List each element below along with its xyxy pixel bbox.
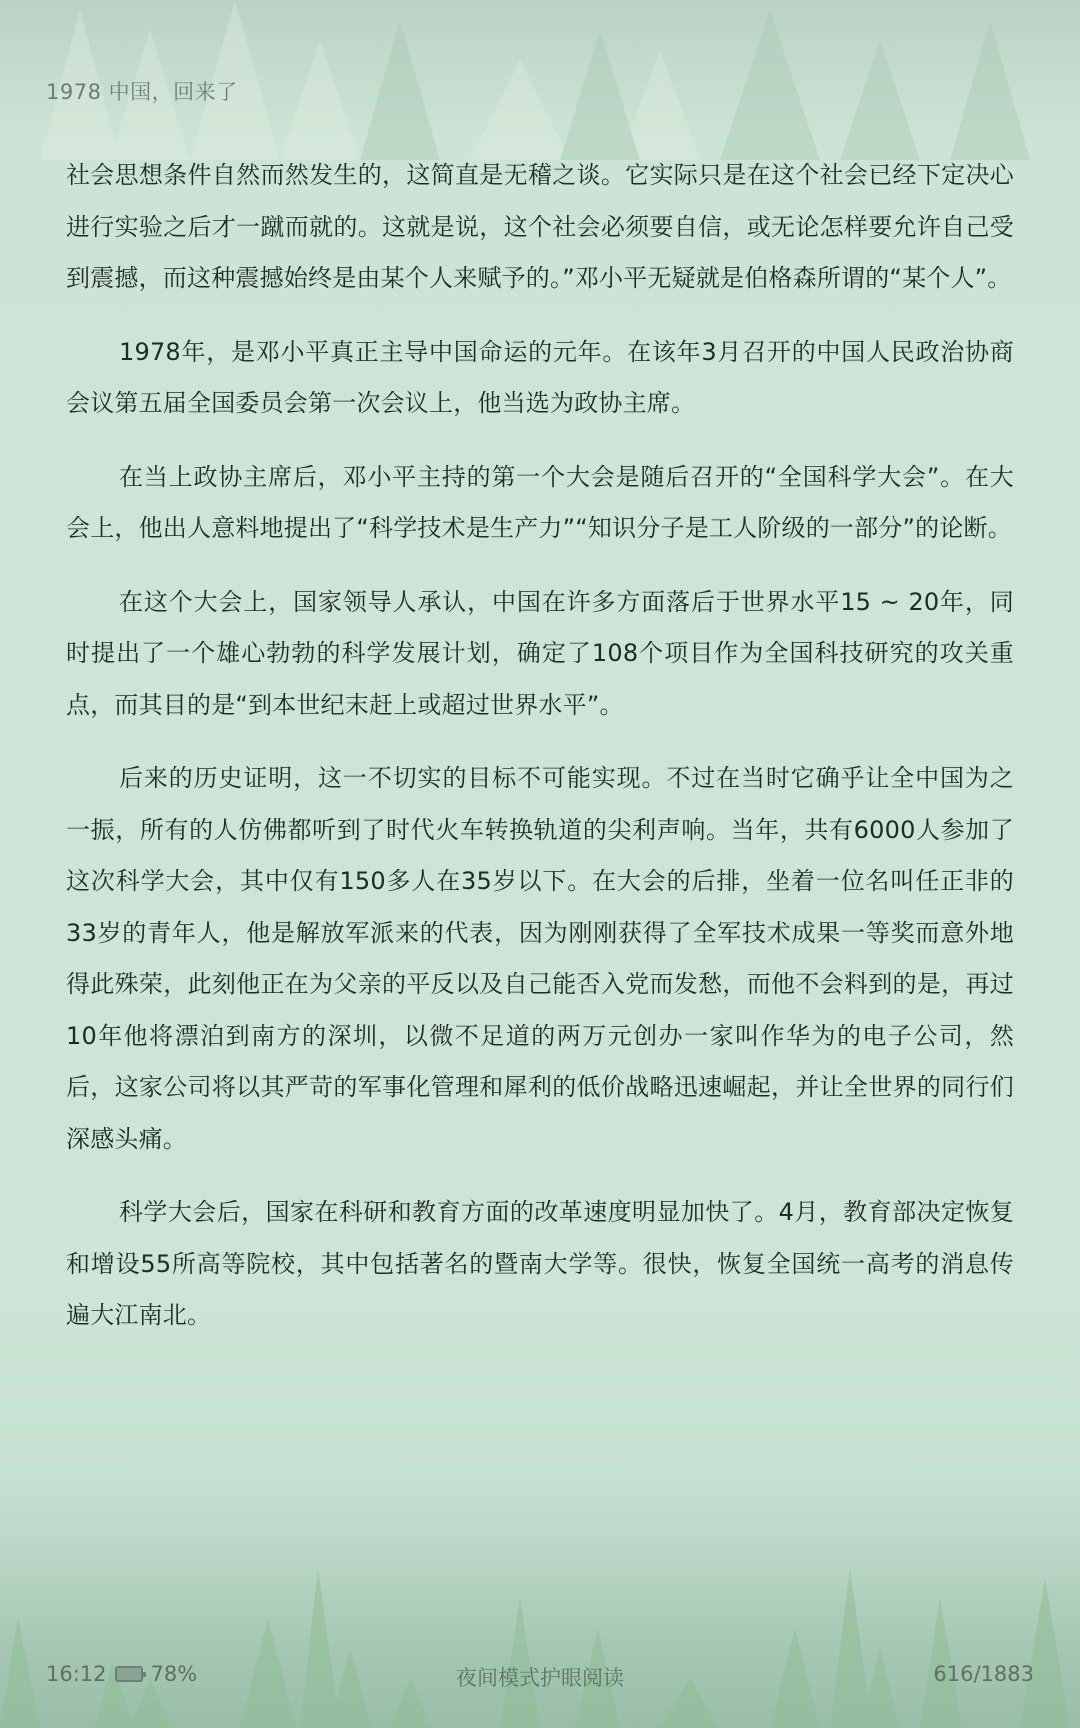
- page-progress: 616/1883: [933, 1662, 1034, 1686]
- paragraph: 1978年，是邓小平真正主导中国命运的元年。在该年3月召开的中国人民政治协商会议…: [66, 327, 1014, 430]
- paragraph: 社会思想条件自然而然发生的，这简直是无稽之谈。它实际只是在这个社会已经下定决心进…: [66, 150, 1014, 305]
- paragraph: 在这个大会上，国家领导人承认，中国在许多方面落后于世界水平15 ~ 20年，同时…: [66, 577, 1014, 732]
- paragraph: 科学大会后，国家在科研和教育方面的改革速度明显加快了。4月，教育部决定恢复和增设…: [66, 1187, 1014, 1342]
- reading-content[interactable]: 社会思想条件自然而然发生的，这简直是无稽之谈。它实际只是在这个社会已经下定决心进…: [66, 150, 1014, 1364]
- reader-status-bar: 16:12 78% 夜间模式护眼阅读 616/1883: [0, 1662, 1080, 1692]
- paragraph: 在当上政协主席后，邓小平主持的第一个大会是随后召开的“全国科学大会”。在大会上，…: [66, 452, 1014, 555]
- night-mode-toggle[interactable]: 夜间模式护眼阅读: [0, 1662, 1080, 1692]
- book-title: 1978 中国，回来了: [46, 76, 238, 106]
- paragraph: 后来的历史证明，这一不切实的目标不可能实现。不过在当时它确乎让全中国为之一振，所…: [66, 753, 1014, 1165]
